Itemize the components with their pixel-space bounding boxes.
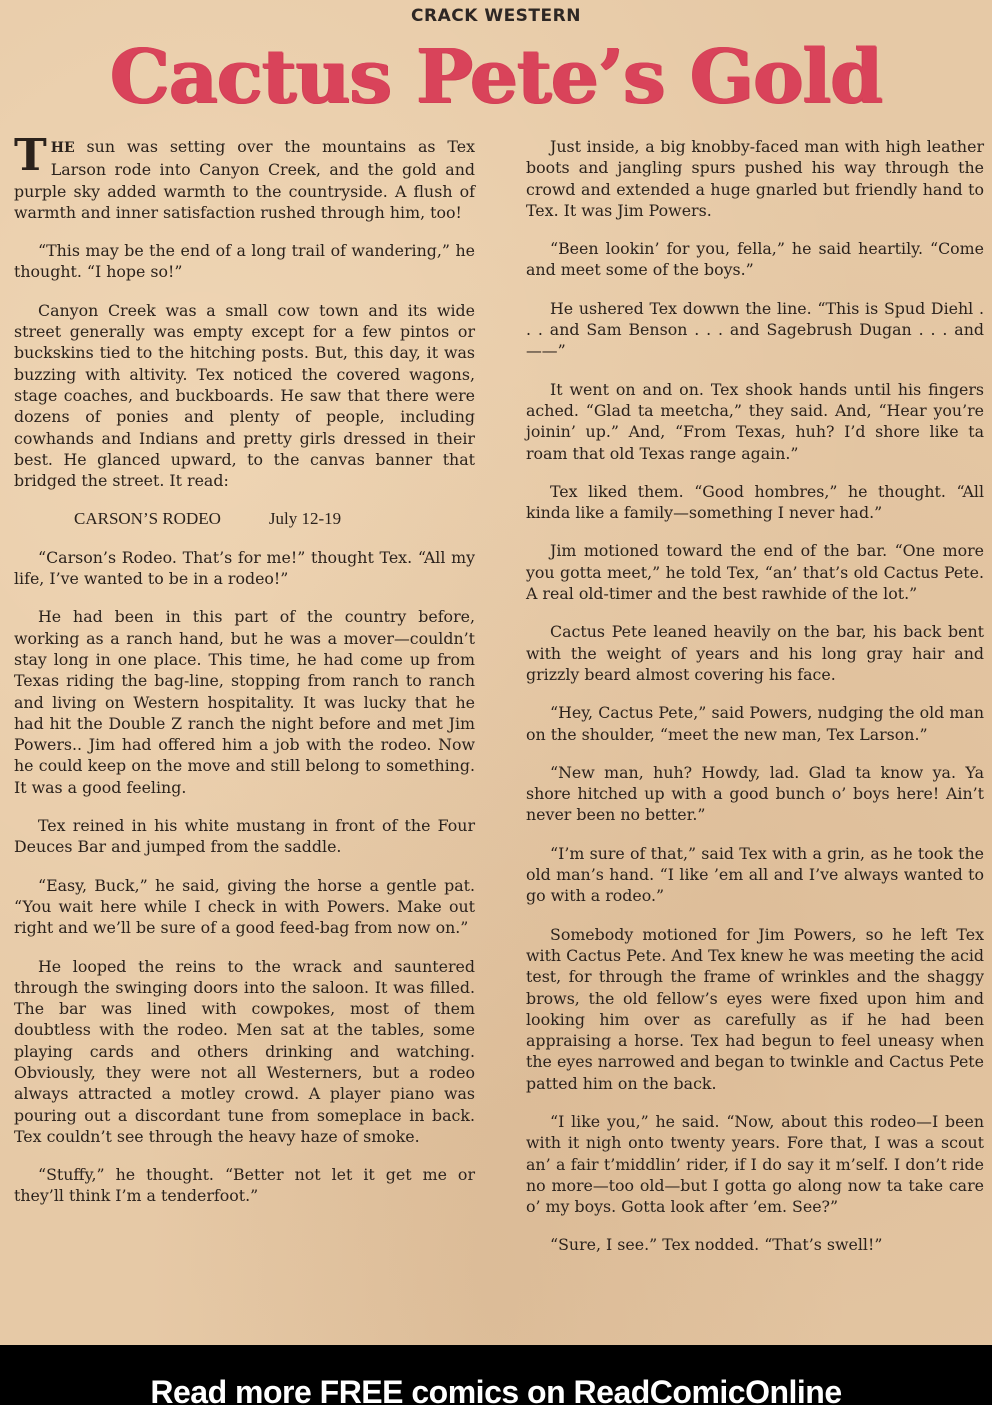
story-paragraph: “I like you,” he said. “Now, about this … [526,1111,984,1217]
story-paragraph: Canyon Creek was a small cow town and it… [14,300,475,492]
story-paragraph: “This may be the end of a long trail of … [14,240,475,283]
opening-paragraph: THE sun was setting over the mountains a… [14,136,475,223]
story-paragraph: Jim motioned toward the end of the bar. … [526,540,984,604]
story-paragraph: “Easy, Buck,” he said, giving the horse … [14,875,475,939]
comic-text-page: CRACK WESTERN Cactus Pete’s Gold THE sun… [0,0,992,1345]
story-paragraph: “Sure, I see.” Tex nodded. “That’s swell… [526,1234,984,1255]
story-paragraph: Somebody motioned for Jim Powers, so he … [526,924,984,1094]
story-paragraph: “I’m sure of that,” said Tex with a grin… [526,843,984,907]
banner-name: CARSON’S RODEO [74,508,221,529]
story-paragraph: Cactus Pete leaned heavily on the bar, h… [526,621,984,685]
opening-text: sun was setting over the mountains as Te… [14,137,475,222]
story-paragraph: Tex liked them. “Good hombres,” he thoug… [526,481,984,524]
story-paragraph: Tex reined in his white mustang in front… [14,815,475,858]
story-title: Cactus Pete’s Gold [0,34,992,120]
promo-banner[interactable]: Read more FREE comics on ReadComicOnline [0,1345,992,1405]
drop-cap: T [14,138,47,174]
story-paragraph: Just inside, a big knobby-faced man with… [526,136,984,221]
banner-dates: July 12-19 [269,508,341,529]
right-column: Just inside, a big knobby-faced man with… [526,136,984,1273]
story-paragraph: “Hey, Cactus Pete,” said Powers, nudging… [526,702,984,745]
running-head: CRACK WESTERN [0,6,992,26]
left-column: THE sun was setting over the mountains a… [14,136,475,1224]
story-paragraph: He had been in this part of the country … [14,606,475,798]
lead-caps: HE [51,140,75,156]
story-paragraph: It went on and on. Tex shook hands until… [526,379,984,464]
story-paragraph: “Stuffy,” he thought. “Better not let it… [14,1164,475,1207]
story-paragraph: He ushered Tex dowwn the line. “This is … [526,298,984,362]
story-paragraph: “Carson’s Rodeo. That’s for me!” thought… [14,547,475,590]
story-paragraph: He looped the reins to the wrack and sau… [14,956,475,1148]
story-paragraph: “New man, huh? Howdy, lad. Glad ta know … [526,762,984,826]
rodeo-banner-text: CARSON’S RODEO July 12-19 [74,508,475,529]
story-paragraph: “Been lookin’ for you, fella,” he said h… [526,238,984,281]
